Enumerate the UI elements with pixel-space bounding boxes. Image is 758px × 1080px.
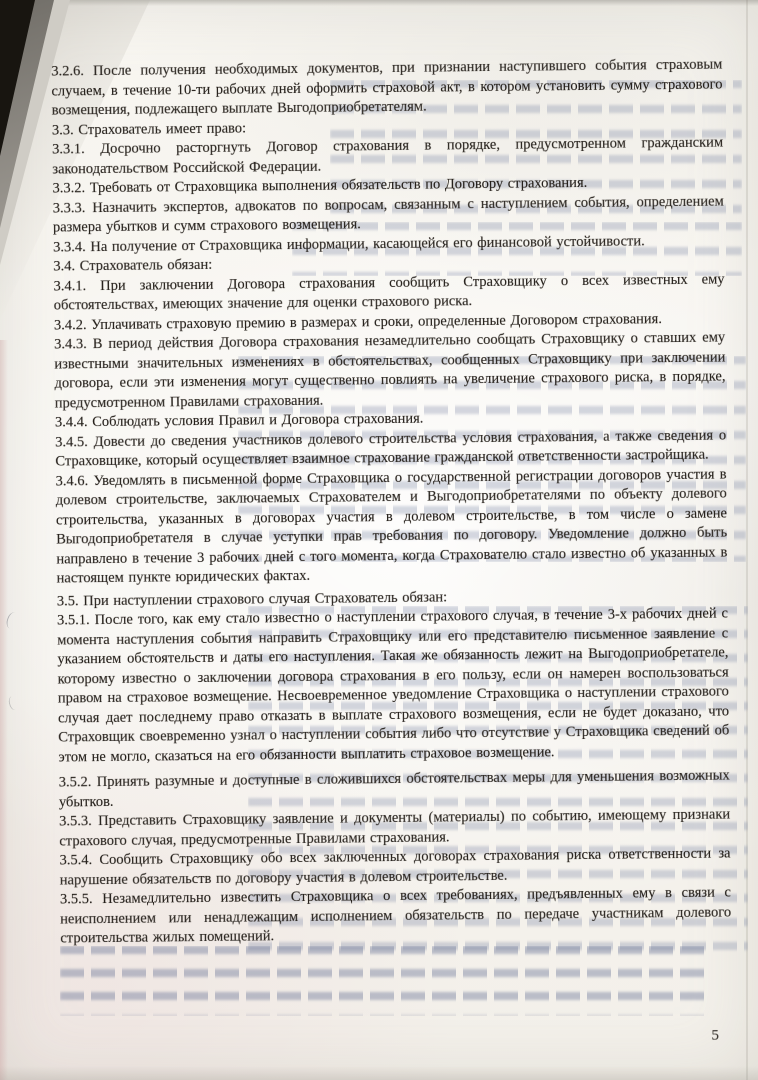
paragraph: 3.5.1. После того, как ему стало известн…	[57, 604, 730, 767]
document-body: 3.2.6. После получения необходимых докум…	[51, 56, 733, 1080]
stray-pen-mark	[7, 695, 19, 711]
scan-left-edge-tint	[0, 340, 8, 1080]
paragraph: 3.4.5. Довести до сведения участников до…	[55, 426, 726, 472]
page-number: 5	[711, 1028, 719, 1045]
paragraph: 3.5.5. Незамедлительно известить Страхов…	[60, 883, 732, 949]
paragraph: 3.2.6. После получения необходимых докум…	[51, 56, 723, 122]
paragraph: 3.4.3. В период действия Договора страхо…	[54, 328, 726, 413]
paragraph: 3.4.6. Уведомлять в письменной форме Стр…	[56, 465, 728, 589]
scanned-page: 3.2.6. После получения необходимых докум…	[0, 0, 758, 1080]
paragraph-list: 3.2.6. После получения необходимых докум…	[51, 56, 731, 949]
